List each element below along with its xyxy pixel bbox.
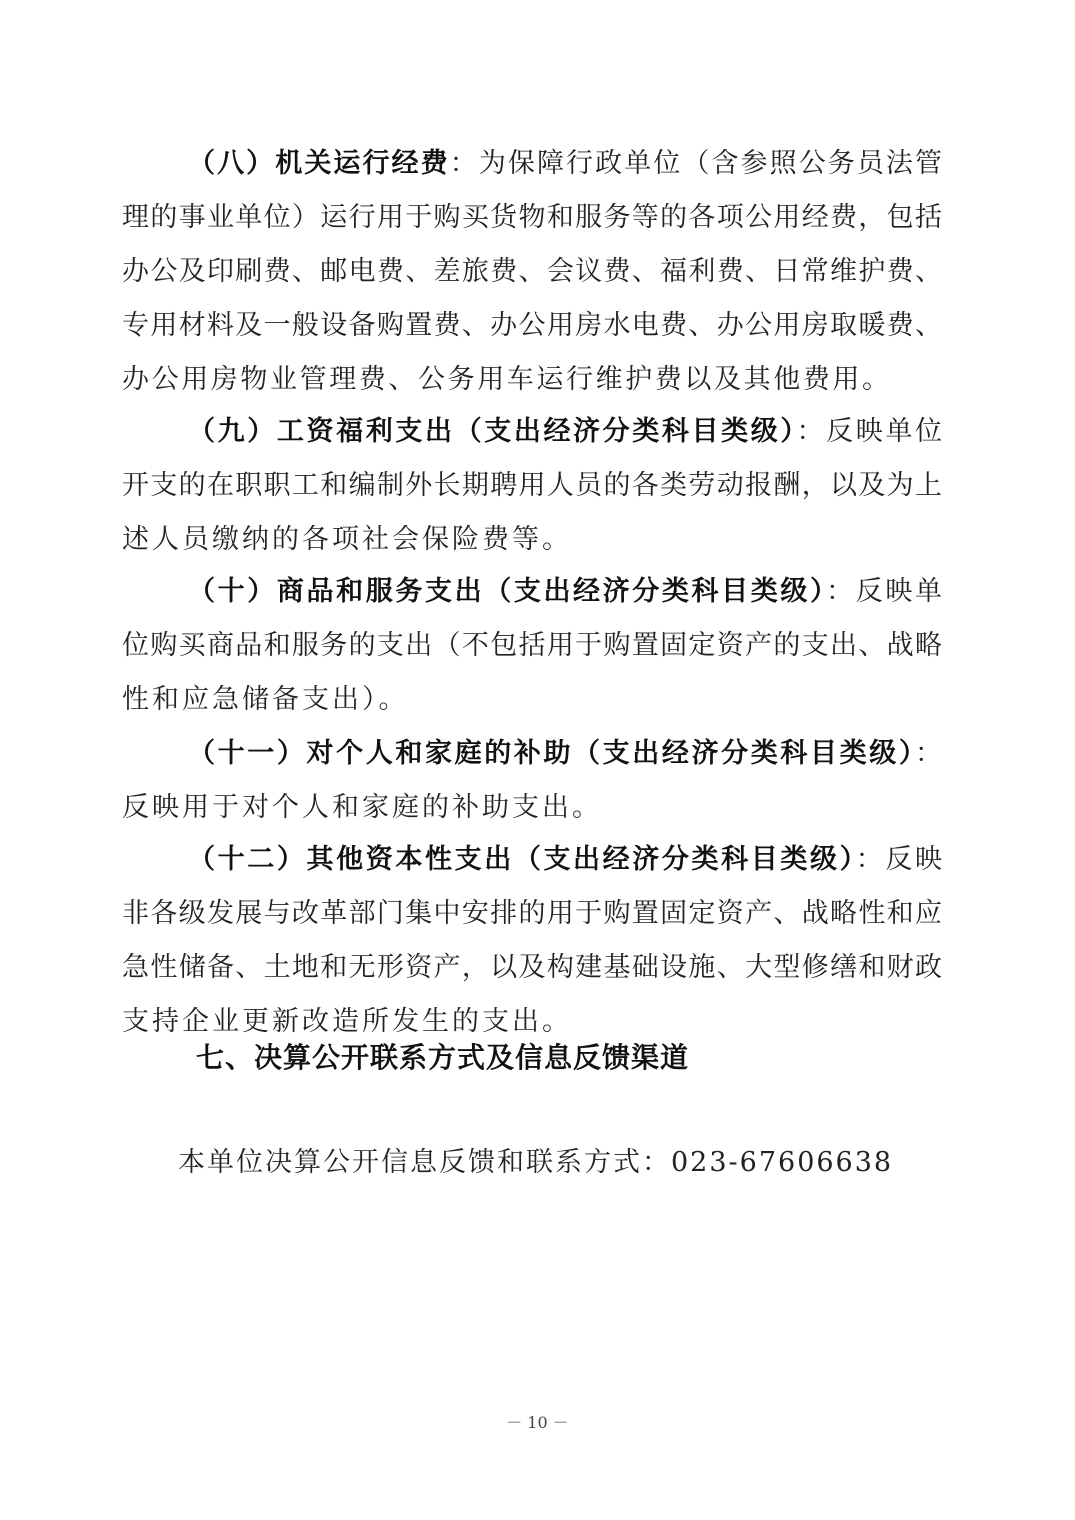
paragraph-10-text: ：反映单 [826, 576, 942, 607]
paragraph-11-line-1: （十一）对个人和家庭的补助（支出经济分类科目类级）： [188, 736, 942, 772]
paragraph-8-lead: （八）机关运行经费 [188, 148, 450, 179]
document-page: （八）机关运行经费：为保障行政单位（含参照公务员法管 理的事业单位）运行用于购买… [0, 0, 1075, 1520]
paragraph-10-lead: （十）商品和服务支出（支出经济分类科目类级） [188, 576, 826, 607]
paragraph-12-line-2: 非各级发展与改革部门集中安排的用于购置固定资产、战略性和应 [122, 896, 942, 932]
paragraph-8-line-4: 专用材料及一般设备购置费、办公用房水电费、办公用房取暖费、 [122, 308, 942, 344]
page-number: － 10 － [0, 1410, 1075, 1433]
paragraph-12-lead: （十二）其他资本性支出（支出经济分类科目类级） [188, 844, 856, 875]
paragraph-9-line-1: （九）工资福利支出（支出经济分类科目类级）：反映单位 [188, 414, 942, 450]
paragraph-8-line-3: 办公及印刷费、邮电费、差旅费、会议费、福利费、日常维护费、 [122, 254, 942, 290]
paragraph-9-line-2: 开支的在职职工和编制外长期聘用人员的各类劳动报酬，以及为上 [122, 468, 942, 504]
paragraph-11-line-2: 反映用于对个人和家庭的补助支出。 [122, 790, 942, 826]
paragraph-8-line-1: （八）机关运行经费：为保障行政单位（含参照公务员法管 [188, 146, 942, 182]
paragraph-9-line-3: 述人员缴纳的各项社会保险费等。 [122, 522, 942, 558]
paragraph-8-text: ：为保障行政单位（含参照公务员法管 [450, 148, 942, 179]
contact-line: 本单位决算公开信息反馈和联系方式：023-67606638 [178, 1143, 893, 1183]
paragraph-8-line-5: 办公用房物业管理费、公务用车运行维护费以及其他费用。 [122, 362, 942, 398]
paragraph-8-line-2: 理的事业单位）运行用于购买货物和服务等的各项公用经费，包括 [122, 200, 942, 236]
paragraph-9-text: ：反映单位 [797, 416, 942, 447]
paragraph-9-lead: （九）工资福利支出（支出经济分类科目类级） [188, 416, 797, 447]
paragraph-12-line-1: （十二）其他资本性支出（支出经济分类科目类级）：反映 [188, 842, 942, 878]
paragraph-12-line-4: 支持企业更新改造所发生的支出。 [122, 1004, 942, 1040]
paragraph-10-line-3: 性和应急储备支出）。 [122, 682, 942, 718]
paragraph-10-line-2: 位购买商品和服务的支出（不包括用于购置固定资产的支出、战略 [122, 628, 942, 664]
paragraph-12-text: ：反映 [856, 844, 942, 875]
paragraph-10-line-1: （十）商品和服务支出（支出经济分类科目类级）：反映单 [188, 574, 942, 610]
paragraph-11-text: ： [915, 738, 942, 769]
section-heading: 七、决算公开联系方式及信息反馈渠道 [196, 1038, 689, 1078]
paragraph-12-line-3: 急性储备、土地和无形资产，以及构建基础设施、大型修缮和财政 [122, 950, 942, 986]
paragraph-11-lead: （十一）对个人和家庭的补助（支出经济分类科目类级） [188, 738, 915, 769]
